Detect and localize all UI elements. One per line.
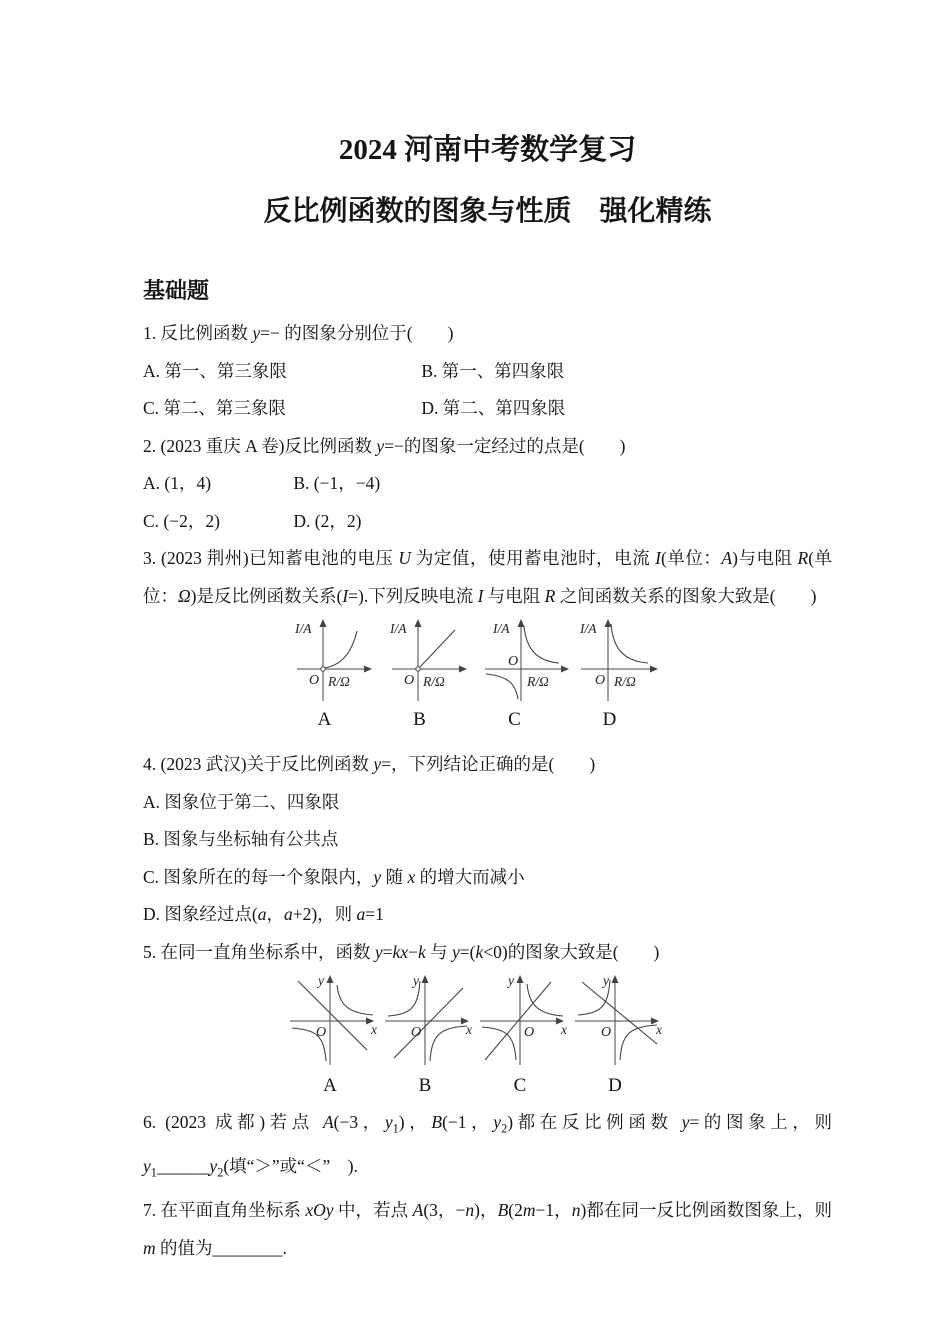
q3-graph-a-plot: I/A O R/Ω <box>293 617 388 703</box>
question-6-stem: 6. (2023 成都)若点 A(−3，y1)，B(−1，y2)都在反比例函数 … <box>143 1104 832 1192</box>
q1-option-b: B. 第一、第四象限 <box>421 361 564 381</box>
q5-graph-d: y O x D <box>573 973 668 1098</box>
q1-options-row-1: A. 第一、第三象限 B. 第一、第四象限 <box>143 353 832 391</box>
page-title: 2024 河南中考数学复习 <box>143 132 832 168</box>
q1-option-d: D. 第二、第四象限 <box>421 398 565 418</box>
q5-graph-b: y O x B <box>383 973 478 1098</box>
page-subtitle: 反比例函数的图象与性质 强化精练 <box>143 194 832 230</box>
q5-graph-a-caption: A <box>288 1074 383 1098</box>
q5-graph-c-plot: y O x <box>478 973 573 1069</box>
origin-label: O <box>316 1025 326 1040</box>
x-axis-label: R/Ω <box>613 674 636 689</box>
q5-graph-d-plot: y O x <box>573 973 668 1069</box>
y-axis-label: y <box>411 973 419 988</box>
question-4-stem: 4. (2023 武汉)关于反比例函数 y=，下列结论正确的是( ) <box>143 746 832 784</box>
origin-label: O <box>524 1025 534 1040</box>
worksheet-page: 2024 河南中考数学复习 反比例函数的图象与性质 强化精练 基础题 1. 反比… <box>0 0 950 1344</box>
origin-label: O <box>309 673 319 688</box>
question-5-stem: 5. 在同一直角坐标系中，函数 y=kx−k 与 y=(k<0)的图象大致是( … <box>143 934 832 972</box>
x-axis-arrow-icon <box>364 666 372 673</box>
y-axis-label: I/A <box>492 621 510 636</box>
q3-graph-b: I/A O R/Ω B <box>388 617 483 732</box>
rising-line <box>394 988 463 1058</box>
y-axis-label: y <box>506 973 514 988</box>
q2-options-row-1: A. (1，4) B. (−1，−4) <box>143 465 832 503</box>
q5-graph-c: y O x C <box>478 973 573 1098</box>
origin-label: O <box>411 1025 421 1040</box>
q3-graph-c-caption: C <box>483 708 578 732</box>
origin-label: O <box>508 654 518 669</box>
hyperbola-q1-branch <box>611 624 648 663</box>
q5-graph-a-plot: y O x <box>288 973 383 1069</box>
q3-graph-a: I/A O R/Ω A <box>293 617 388 732</box>
straight-line <box>419 630 455 668</box>
q1-options-row-2: C. 第二、第三象限 D. 第二、第四象限 <box>143 390 832 428</box>
x-axis-label: R/Ω <box>422 674 445 689</box>
hyperbola-q1-branch <box>337 985 373 1015</box>
y-axis-arrow-icon <box>518 619 525 627</box>
q2-options-row-2: C. (−2，2) D. (2，2) <box>143 503 832 541</box>
q3-graph-d: I/A O R/Ω D <box>578 617 673 732</box>
q5-graph-b-plot: y O x <box>383 973 478 1069</box>
declining-line <box>582 982 657 1044</box>
q5-graph-d-caption: D <box>573 1074 668 1098</box>
q4-option-d: D. 图象经过点(a，a+2)，则 a=1 <box>143 896 832 934</box>
y-axis-arrow-icon <box>612 975 619 983</box>
origin-label: O <box>601 1025 611 1040</box>
content-column: 2024 河南中考数学复习 反比例函数的图象与性质 强化精练 基础题 1. 反比… <box>143 0 832 1267</box>
hyperbola-q4-branch <box>430 1026 467 1061</box>
q5-graph-c-caption: C <box>478 1074 573 1098</box>
y-axis-arrow-icon <box>415 619 422 627</box>
y-axis-label: I/A <box>389 621 407 636</box>
question-7-stem: 7. 在平面直角坐标系 xOy 中，若点 A(3，−n)，B(2m−1，n)都在… <box>143 1192 832 1267</box>
q1-option-a: A. 第一、第三象限 <box>143 353 417 391</box>
q1-option-c: C. 第二、第三象限 <box>143 390 417 428</box>
y-axis-arrow-icon <box>320 619 327 627</box>
question-2-stem: 2. (2023 重庆 A 卷)反比例函数 y=−的图象一定经过的点是( ) <box>143 428 832 466</box>
q5-graph-options: y O x A y O x B <box>288 973 832 1098</box>
q3-graph-b-caption: B <box>388 708 483 732</box>
q2-option-a: A. (1，4) <box>143 465 289 503</box>
y-axis-label: y <box>601 973 609 988</box>
hyperbola-q1-branch <box>524 626 559 663</box>
origin-label: O <box>404 673 414 688</box>
y-axis-arrow-icon <box>327 975 334 983</box>
x-axis-arrow-icon <box>650 666 658 673</box>
q3-graph-d-plot: I/A O R/Ω <box>578 617 673 703</box>
origin-label: O <box>595 673 605 688</box>
x-axis-arrow-icon <box>561 666 569 673</box>
x-axis-label: x <box>655 1022 662 1037</box>
q3-graph-c: I/A O R/Ω C <box>483 617 578 732</box>
q5-graph-b-caption: B <box>383 1074 478 1098</box>
q4-option-a: A. 图象位于第二、四象限 <box>143 784 832 822</box>
hyperbola-q4-branch <box>620 1025 657 1060</box>
q2-option-b: B. (−1，−4) <box>293 473 380 493</box>
x-axis-label: x <box>370 1022 377 1037</box>
x-axis-label: R/Ω <box>327 674 350 689</box>
origin-circle <box>416 667 420 671</box>
q3-graph-c-plot: I/A O R/Ω <box>483 617 578 703</box>
x-axis-label: R/Ω <box>526 674 549 689</box>
q2-option-c: C. (−2，2) <box>143 503 289 541</box>
y-axis-arrow-icon <box>517 975 524 983</box>
q3-graph-d-caption: D <box>578 708 673 732</box>
y-axis-label: y <box>316 973 324 988</box>
x-axis-label: x <box>560 1022 567 1037</box>
question-1-stem: 1. 反比例函数 y=− 的图象分别位于( ) <box>143 315 832 353</box>
y-axis-arrow-icon <box>605 619 612 627</box>
q3-graph-a-caption: A <box>293 708 388 732</box>
y-axis-arrow-icon <box>422 975 429 983</box>
question-3-stem: 3. (2023 荆州)已知蓄电池的电压 U 为定值，使用蓄电池时，电流 I(单… <box>143 540 832 615</box>
q2-option-d: D. (2，2) <box>293 511 361 531</box>
rising-curve <box>324 631 357 668</box>
q4-option-c: C. 图象所在的每一个象限内，y 随 x 的增大而减小 <box>143 859 832 897</box>
q3-graph-b-plot: I/A O R/Ω <box>388 617 483 703</box>
declining-line <box>298 981 367 1050</box>
y-axis-label: I/A <box>294 621 312 636</box>
hyperbola-q3-branch <box>486 674 518 699</box>
x-axis-arrow-icon <box>459 666 467 673</box>
q4-option-b: B. 图象与坐标轴有公共点 <box>143 821 832 859</box>
q5-graph-a: y O x A <box>288 973 383 1098</box>
section-heading: 基础题 <box>143 274 832 305</box>
origin-circle <box>321 667 325 671</box>
y-axis-label: I/A <box>579 621 597 636</box>
x-axis-label: x <box>465 1022 472 1037</box>
q3-graph-options: I/A O R/Ω A I/A O R/Ω B <box>293 617 832 732</box>
